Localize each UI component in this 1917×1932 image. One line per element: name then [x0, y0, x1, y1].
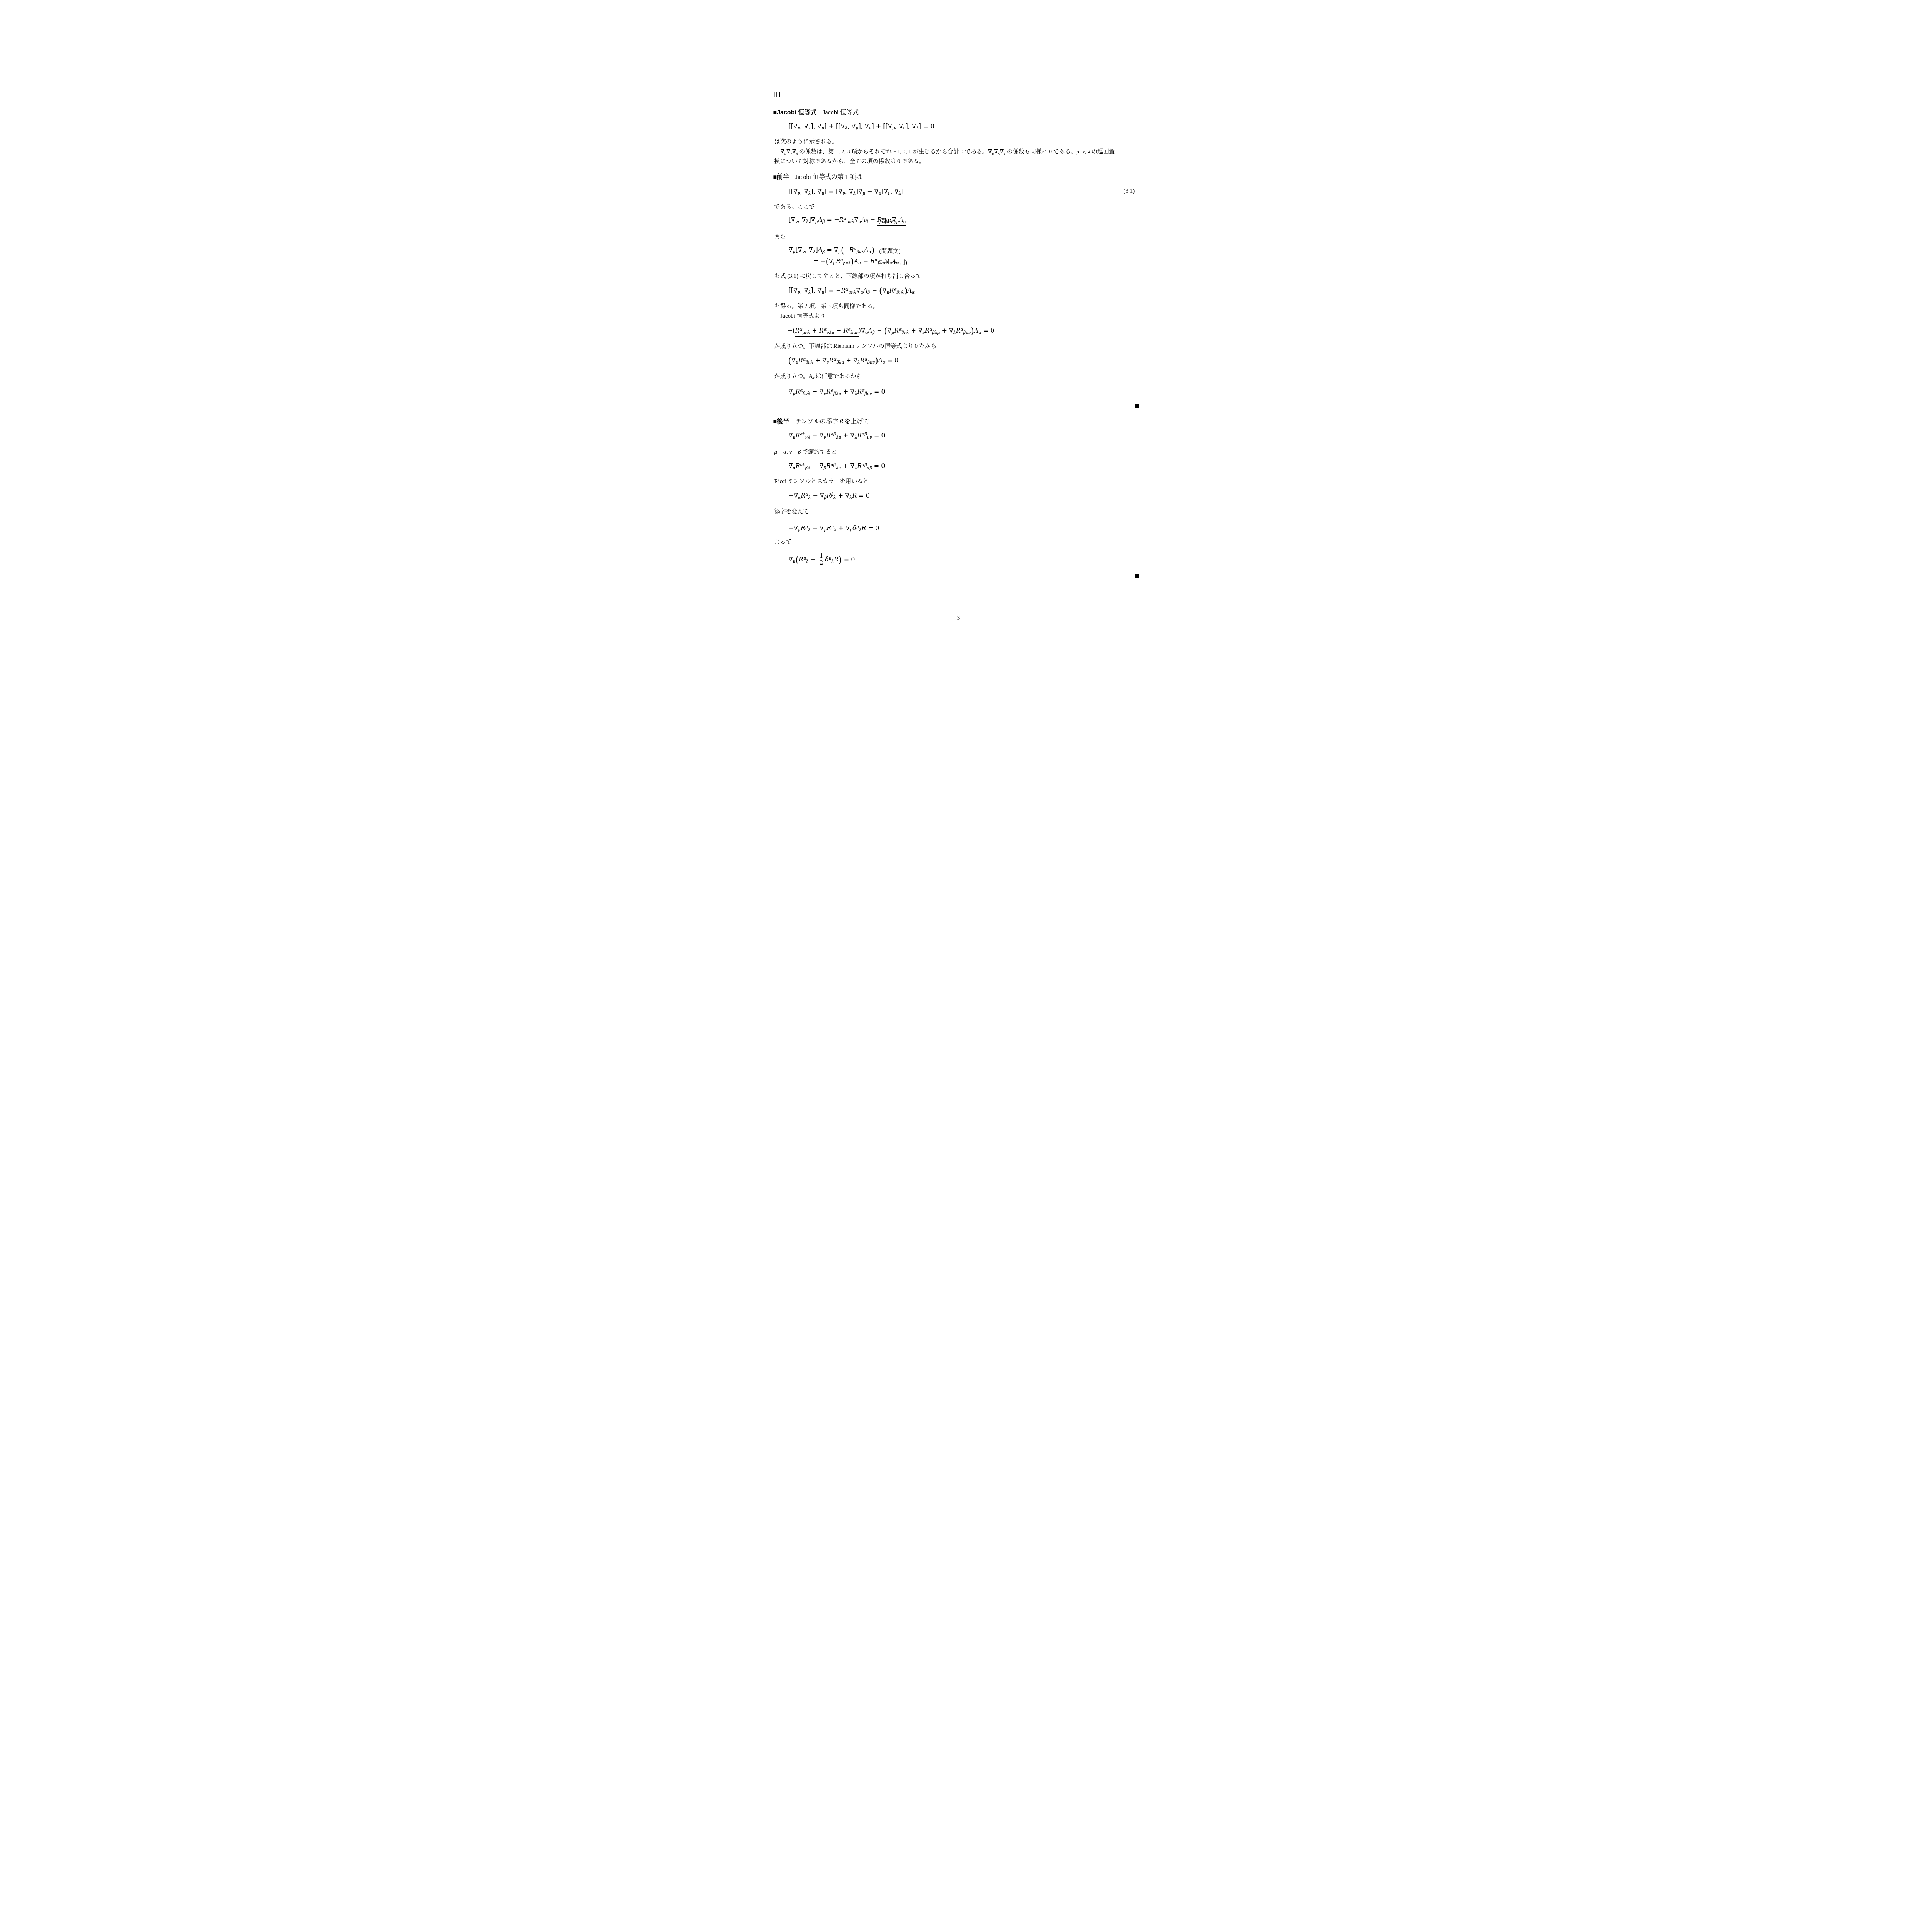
section-label: ■後半: [773, 418, 789, 425]
section-intro: Jacobi 恒等式の第 1 項は: [795, 174, 862, 180]
qed-square: [1135, 404, 1139, 408]
equation-note-leibniz: (Leibniz 則): [878, 258, 907, 266]
equation-3-1: [[∇ν, ∇λ], ∇μ] = [∇ν, ∇λ]∇μ − ∇μ[∇ν, ∇λ]: [789, 187, 904, 197]
section-label: ■Jacobi 恒等式: [773, 109, 817, 116]
text-arbitrary: が成り立つ。Aα は任意であるから: [774, 372, 862, 381]
text-from-jacobi: Jacobi 恒等式より: [781, 312, 826, 320]
equation-note-q4: (問 IV): [879, 217, 896, 225]
page-title: III.: [773, 90, 784, 100]
equation-leibniz-line1: ∇μ[∇ν, ∇λ]Aβ = ∇μ(−RαβνλAα): [789, 245, 875, 256]
text-riemann-identity: が成り立つ。下線部は Riemann テンソルの恒等式より 0 だから: [774, 342, 937, 350]
text-relabel: 添字を変えて: [774, 507, 809, 516]
text-shown-as-follows: は次のように示される。: [774, 138, 838, 146]
section-intro: テンソルの添字 β を上げて: [795, 418, 869, 425]
equation-contracted: ∇αRαββλ + ∇βRαβλα + ∇λRαβαβ = 0: [789, 461, 885, 471]
text-also: また: [774, 233, 786, 241]
equation-ricci: −∇αRαλ − ∇βRβλ + ∇λR = 0: [789, 491, 870, 501]
section-heading-jacobi: ■Jacobi 恒等式Jacobi 恒等式: [773, 107, 859, 116]
equation-sum: −(Rαμνλ + Rανλμ + Rαλμν)∇αAβ − (∇μRαβνλ …: [788, 326, 995, 337]
equation-sum-reduced: (∇μRαβνλ + ∇νRαβλμ + ∇λRαβμν)Aα = 0: [788, 355, 899, 366]
text-contract: μ = α, ν = β で縮約すると: [774, 448, 837, 456]
paragraph-line-2: 換について対称であるから、全ての項の係数は 0 である。: [774, 157, 925, 166]
text-substitute: を式 (3.1) に戻してやると、下線部の項が打ち消し合って: [774, 272, 922, 281]
document-page: III. ■Jacobi 恒等式Jacobi 恒等式 [[∇ν, ∇λ], ∇μ…: [719, 0, 1198, 678]
page-number: 3: [719, 615, 1198, 622]
equation-raised-index: ∇μRαβνλ + ∇νRαβλμ + ∇λRαβμν = 0: [789, 430, 885, 440]
text-ricci: Ricci テンソルとスカラーを用いると: [774, 477, 869, 486]
equation-relabel: −∇μRμλ − ∇μRμλ + ∇μδμλR = 0: [789, 523, 879, 533]
equation-result: [[∇ν, ∇λ], ∇μ] = −Rαμνλ∇αAβ − (∇μRαβνλ)A…: [789, 286, 915, 296]
equation-number: (3.1): [1124, 188, 1135, 195]
equation-einstein-divergence: ∇μ(Rμλ − 12δμλR) = 0: [789, 553, 855, 566]
section-heading-first-half: ■前半Jacobi 恒等式の第 1 項は: [773, 172, 862, 181]
qed-square: [1135, 574, 1139, 578]
equation-note-problem: (問題文): [879, 247, 901, 255]
text-here: である。ここで: [774, 203, 815, 211]
section-label: ■前半: [773, 174, 789, 180]
equation-jacobi-identity: [[∇ν, ∇λ], ∇μ] + [[∇λ, ∇μ], ∇ν] + [[∇μ, …: [789, 121, 934, 131]
equation-bianchi: ∇μRαβνλ + ∇νRαβλμ + ∇λRαβμν = 0: [789, 387, 885, 397]
section-heading-second-half: ■後半テンソルの添字 β を上げて: [773, 417, 869, 425]
text-obtain: を得る。第 2 項、第 3 項も同様である。: [774, 302, 879, 311]
section-intro: Jacobi 恒等式: [823, 109, 859, 116]
paragraph-line-1: ∇μ∇ν∇λ の係数は、第 1, 2, 3 項からそれぞれ −1, 0, 1 が…: [781, 148, 1115, 156]
text-therefore: よって: [774, 538, 792, 546]
